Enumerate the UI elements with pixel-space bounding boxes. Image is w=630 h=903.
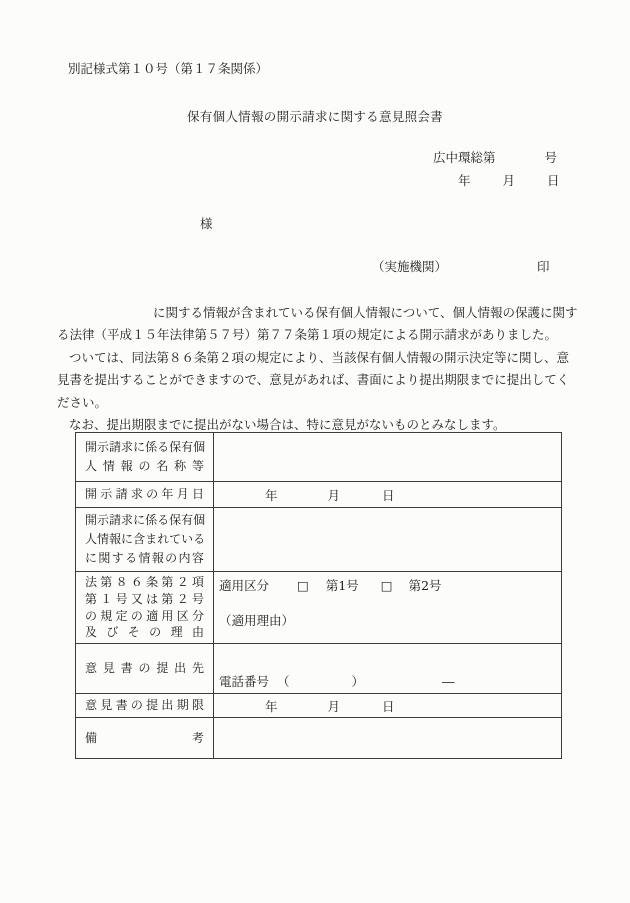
- body-paragraphs: に関する情報が含まれている保有個人情報について、個人情報の保護に関する法律（平成…: [57, 302, 577, 436]
- document-page: 別記様式第１０号（第１７条関係） 保有個人情報の開示請求に関する意見照会書 広中…: [0, 0, 630, 903]
- table-row-applicable-provision: 法第８６条第２項 第１号又は第２号 の規定の適用区分 及びその理由 適用区分□第…: [76, 572, 562, 644]
- table-row-submission-address: 意見書の提出先 電話番号（）―: [76, 644, 562, 694]
- label-cell-name: 開示請求に係る保有個 人情報の名称等: [76, 433, 214, 482]
- value-cell-info-content: [214, 508, 562, 572]
- option1-label: 第1号: [326, 578, 359, 593]
- month-label: 月: [328, 488, 341, 503]
- checkbox-unchecked-icon: □: [297, 578, 309, 593]
- form-id: 別記様式第１０号（第１７条関係）: [68, 62, 268, 76]
- value-cell-applicable-provision: 適用区分□第1号□第2号 （適用理由）: [214, 572, 562, 644]
- paren-open: （: [277, 674, 290, 689]
- label-cell-submission-address: 意見書の提出先: [76, 644, 214, 694]
- issuer-label: （実施機関）: [372, 260, 447, 274]
- date-month-label: 月: [503, 173, 516, 188]
- date-year-label: 年: [458, 173, 471, 188]
- day-label: 日: [382, 488, 395, 503]
- phone-dash: ―: [442, 674, 455, 689]
- phone-line: 電話番号（）―: [219, 672, 561, 690]
- month-label: 月: [328, 699, 341, 714]
- year-label: 年: [265, 699, 278, 714]
- label-cell-submission-deadline: 意見書の提出期限: [76, 694, 214, 718]
- document-number-line: 広中環総第号: [433, 151, 557, 165]
- label-cell-remarks: 備考: [76, 718, 214, 759]
- body-line: る法律（平成１５年法律第５７号）第７７条第１項の規定による開示請求がありました。: [57, 324, 577, 346]
- value-cell-request-date: 年月日: [214, 482, 562, 508]
- apply-category-label: 適用区分: [219, 578, 269, 593]
- body-line: に関する情報が含まれている保有個人情報について、個人情報の保護に関す: [57, 302, 577, 324]
- date-day-label: 日: [547, 173, 560, 188]
- option2-label: 第2号: [409, 578, 442, 593]
- body-line: ついては、同法第８６条第２項の規定により、当該保有個人情報の開示決定等に関し、意: [57, 347, 577, 369]
- document-number-suffix: 号: [545, 150, 558, 165]
- value-cell-submission-address: 電話番号（）―: [214, 644, 562, 694]
- value-cell-submission-deadline: 年月日: [214, 694, 562, 718]
- value-cell-name: [214, 433, 562, 482]
- table-row-remarks: 備考: [76, 718, 562, 759]
- phone-label: 電話番号: [219, 674, 269, 689]
- seal-mark: 印: [537, 260, 550, 274]
- label-cell-info-content: 開示請求に係る保有個 人情報に含まれている に関する情報の内容: [76, 508, 214, 572]
- paren-close: ）: [352, 674, 365, 689]
- document-title: 保有個人情報の開示請求に関する意見照会書: [0, 110, 630, 124]
- addressee-honorific: 様: [200, 217, 213, 231]
- table-row-name: 開示請求に係る保有個 人情報の名称等: [76, 433, 562, 482]
- value-cell-remarks: [214, 718, 562, 759]
- info-table: 開示請求に係る保有個 人情報の名称等 開示請求の年月日 年月日 開示請求に係る保…: [75, 432, 562, 759]
- table-row-request-date: 開示請求の年月日 年月日: [76, 482, 562, 508]
- year-label: 年: [265, 488, 278, 503]
- table-row-info-content: 開示請求に係る保有個 人情報に含まれている に関する情報の内容: [76, 508, 562, 572]
- table-row-submission-deadline: 意見書の提出期限 年月日: [76, 694, 562, 718]
- body-line: 見書を提出することができますので、意見があれば、書面により提出期限までに提出して…: [57, 369, 577, 391]
- body-line: ださい。: [57, 392, 577, 414]
- document-date-line: 年月日: [458, 174, 560, 188]
- document-number-prefix: 広中環総第: [433, 150, 496, 165]
- label-cell-applicable-provision: 法第８６条第２項 第１号又は第２号 の規定の適用区分 及びその理由: [76, 572, 214, 644]
- checkbox-unchecked-icon: □: [381, 578, 393, 593]
- apply-category-line: 適用区分□第1号□第2号: [219, 576, 561, 594]
- label-cell-request-date: 開示請求の年月日: [76, 482, 214, 508]
- apply-reason-label: （適用理由）: [219, 611, 561, 629]
- day-label: 日: [382, 699, 395, 714]
